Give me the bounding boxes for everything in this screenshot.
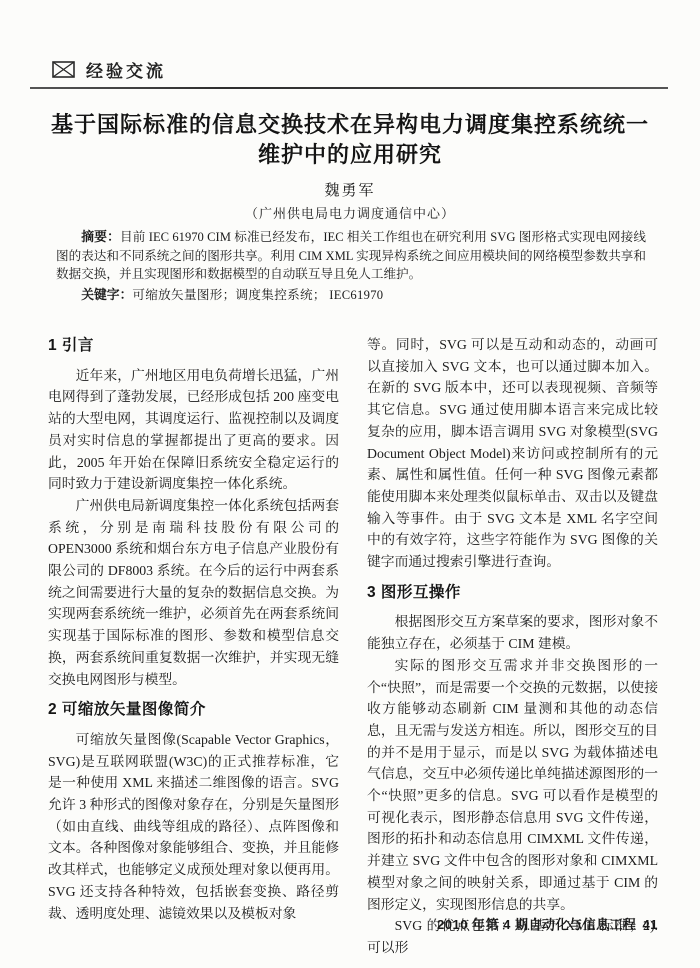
section2-continuation: 等。同时，SVG 可以是互动和动态的，动画可以直接加入 SVG 文本，也可以通过… (367, 334, 658, 573)
section3-paragraph2: 实际的图形交互需求并非交换图形的一个“快照”，而是需要一个交换的元数据，以使接收… (367, 655, 658, 915)
paper-page: 经验交流 基于国际标准的信息交换技术在异构电力调度集控系统统一 维护中的应用研究… (0, 0, 700, 968)
abstract-label: 摘要： (81, 229, 120, 244)
section3-heading: 3 图形互操作 (367, 582, 658, 604)
author-name: 魏勇军 (0, 179, 700, 200)
section3-paragraph1: 根据图形交互方案草案的要求，图形对象不能独立存在，必须基于 CIM 建模。 (367, 611, 658, 654)
section1-paragraph2: 广州供电局新调度集控一体化系统包括两套系统，分别是南瑞科技股份有限公司的 OPE… (48, 495, 339, 690)
abstract-text: 目前 IEC 61970 CIM 标准已经发布，IEC 相关工作组也在研究利用 … (56, 230, 646, 281)
masthead-rule (30, 87, 668, 89)
paper-title: 基于国际标准的信息交换技术在异构电力调度集控系统统一 维护中的应用研究 (0, 110, 700, 170)
footer-journal-name: 自动化与信息工程 (529, 917, 637, 932)
body-columns: 1 引言 近年来，广州地区用电负荷增长迅猛，广州电网得到了蓬勃发展，已经形成包括… (48, 334, 658, 959)
abstract-paragraph: 摘要：目前 IEC 61970 CIM 标准已经发布，IEC 相关工作组也在研究… (56, 228, 646, 284)
section1-heading: 1 引言 (48, 335, 339, 357)
column-masthead: 经验交流 (52, 57, 166, 82)
paper-title-line2: 维护中的应用研究 (0, 140, 700, 170)
masthead-label: 经验交流 (86, 57, 166, 82)
paper-title-line1: 基于国际标准的信息交换技术在异构电力调度集控系统统一 (0, 110, 700, 140)
keywords-paragraph: 关键字：可缩放矢量图形；调度集控系统； IEC61970 (56, 286, 646, 305)
page-footer: 2010 年第 4 期自动化与信息工程41 (437, 914, 658, 933)
envelope-icon (52, 61, 75, 78)
section2-paragraph1: 可缩放矢量图像(Scapable Vector Graphics，SVG)是互联… (48, 729, 339, 924)
abstract-block: 摘要：目前 IEC 61970 CIM 标准已经发布，IEC 相关工作组也在研究… (56, 228, 646, 304)
right-column: 等。同时，SVG 可以是互动和动态的，动画可以直接加入 SVG 文本，也可以通过… (367, 334, 658, 959)
footer-issue: 2010 年第 4 期 (437, 917, 529, 932)
keywords-label: 关键字： (81, 287, 132, 302)
footer-page-number: 41 (643, 917, 658, 932)
section2-heading: 2 可缩放矢量图像简介 (48, 699, 339, 721)
left-column: 1 引言 近年来，广州地区用电负荷增长迅猛，广州电网得到了蓬勃发展，已经形成包括… (48, 334, 339, 959)
author-affiliation: （广州供电局电力调度通信中心） (0, 203, 700, 222)
section1-paragraph1: 近年来，广州地区用电负荷增长迅猛，广州电网得到了蓬勃发展，已经形成包括 200 … (48, 365, 339, 495)
keywords-text: 可缩放矢量图形；调度集控系统； IEC61970 (132, 288, 383, 302)
